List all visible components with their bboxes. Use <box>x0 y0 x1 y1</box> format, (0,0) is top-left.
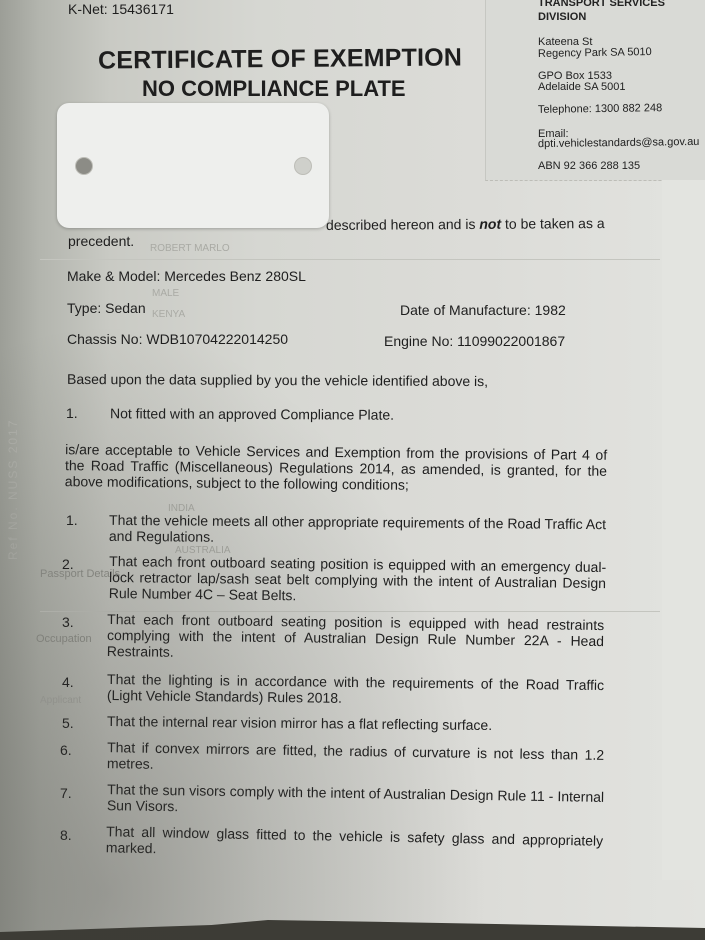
condition-number: 2. <box>62 556 74 572</box>
certificate-subtitle: NO COMPLIANCE PLATE <box>142 76 406 102</box>
issuer-division-line2: DIVISION <box>538 11 586 23</box>
issuer-po-city: Adelaide SA 5001 <box>538 81 625 93</box>
bleed-applicant-label: Applicant <box>40 695 81 706</box>
intro-text-end: to be taken as a <box>505 215 605 232</box>
bleed-text: ROBERT MARLO <box>150 243 230 254</box>
condition-item: That all window glass fitted to the vehi… <box>106 823 604 865</box>
tag-hole-icon <box>75 157 93 175</box>
bleed-country: KENYA <box>152 309 185 320</box>
issuer-email[interactable]: dpti.vehiclestandards@sa.gov.au <box>538 136 700 150</box>
issuer-suburb: Regency Park SA 5010 <box>538 46 652 60</box>
finding-item-number: 1. <box>66 405 78 421</box>
issuer-division-line1: TRANSPORT SERVICES <box>538 0 665 9</box>
grant-paragraph: is/are acceptable to Vehicle Services an… <box>65 441 607 495</box>
document-photo: ROBERT MARLO MALE KENYA INDIA AUSTRALIA … <box>0 0 705 940</box>
issuer-abn: ABN 92 366 288 135 <box>538 160 640 172</box>
divider <box>40 259 660 260</box>
condition-item: That each front outboard seating positio… <box>109 553 607 607</box>
chassis-number: Chassis No: WDB10704222014250 <box>67 331 288 347</box>
condition-item: That the internal rear vision mirror has… <box>107 713 492 733</box>
condition-number: 3. <box>62 614 74 630</box>
tag-hole-icon <box>294 157 312 175</box>
bleed-sex: MALE <box>152 288 179 299</box>
bleed-occupation-label: Occupation <box>36 633 92 645</box>
table-surface <box>0 920 705 940</box>
finding-item-text: Not fitted with an approved Compliance P… <box>110 405 394 422</box>
condition-number: 4. <box>62 674 74 690</box>
certificate-title: CERTIFICATE OF EXEMPTION <box>98 43 462 75</box>
vertical-bleed-text: Ref No. NUSS 2017 <box>6 419 20 560</box>
condition-item: That the lighting is in accordance with … <box>107 671 604 709</box>
condition-item: That the sun visors comply with the inte… <box>107 781 604 821</box>
intro-line2: precedent. <box>68 233 134 249</box>
condition-number: 5. <box>62 715 74 731</box>
vehicle-type: Type: Sedan <box>67 300 146 316</box>
condition-number: 8. <box>60 827 72 843</box>
plastic-tag-overlay <box>57 103 329 228</box>
issuer-telephone: Telephone: 1300 882 248 <box>538 102 662 116</box>
condition-number: 7. <box>60 785 72 801</box>
date-of-manufacture: Date of Manufacture: 1982 <box>400 302 566 318</box>
intro-line1: described hereon and is not to be taken … <box>326 215 605 233</box>
make-model: Make & Model: Mercedes Benz 280SL <box>67 268 306 284</box>
engine-number: Engine No: 11099022001867 <box>384 333 565 349</box>
condition-item: That the vehicle meets all other appropr… <box>109 512 606 548</box>
knet-number: K-Net: 15436171 <box>68 1 174 17</box>
intro-emphasis: not <box>479 216 501 232</box>
finding-lead: Based upon the data supplied by you the … <box>67 371 488 389</box>
intro-text: described hereon and is <box>326 216 476 233</box>
condition-number: 6. <box>60 742 72 758</box>
paper-edge-strip <box>662 180 705 880</box>
condition-item: That if convex mirrors are fitted, the r… <box>107 739 604 779</box>
condition-number: 1. <box>66 512 78 528</box>
condition-item: That each front outboard seating positio… <box>107 611 605 665</box>
